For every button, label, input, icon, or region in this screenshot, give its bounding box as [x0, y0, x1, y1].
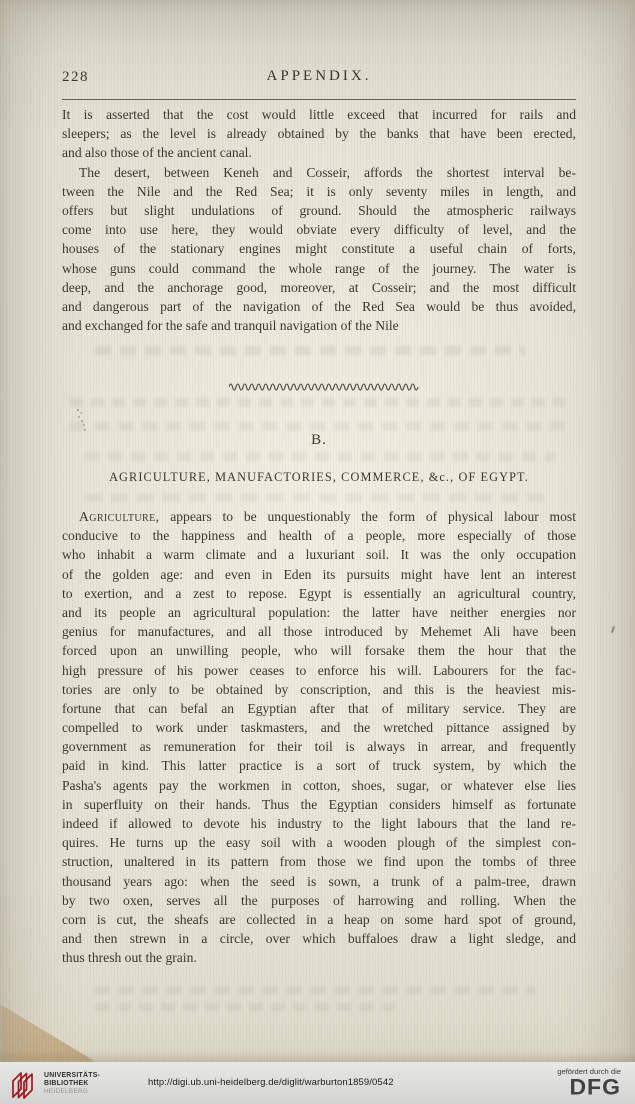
running-title: APPENDIX. — [62, 68, 576, 85]
section-label: B. — [62, 432, 576, 449]
text-line: come into use here, they would obviate e… — [62, 220, 576, 239]
text-line: struction, unaltered in its pattern from… — [62, 852, 576, 871]
lead-line-rest: appears to be unquestionably the form of… — [170, 509, 576, 524]
text-line: tween the Nile and the Red Sea; it is on… — [62, 182, 576, 201]
library-name-line2: BIBLIOTHEK — [44, 1080, 100, 1088]
text-line: whose guns could command the whole range… — [62, 259, 576, 278]
ub-heidelberg-logo — [10, 1068, 37, 1104]
text-line: government as remuneration for their toi… — [62, 737, 576, 756]
text-line: corn is cut, the sheafs are collected in… — [62, 910, 576, 929]
library-name-line1: UNIVERSITÄTS- — [44, 1072, 100, 1080]
text-line: sleepers; as the level is already obtain… — [62, 124, 576, 143]
text-line: and its people an agricultural populatio… — [62, 603, 576, 622]
library-brand: UNIVERSITÄTS- BIBLIOTHEK HEIDELBERG — [10, 1068, 100, 1104]
section-heading: AGRICULTURE, MANUFACTORIES, COMMERCE, &c… — [62, 470, 576, 485]
text-line: forced upon an unwilling people, who wil… — [62, 641, 576, 660]
text-line: conducive to the happiness and health of… — [62, 526, 576, 545]
paragraph-desert: The desert, between Keneh and Cosseir, a… — [62, 163, 576, 336]
bleed-through-smudge — [70, 398, 570, 407]
digitization-footer: UNIVERSITÄTS- BIBLIOTHEK HEIDELBERG http… — [0, 1062, 635, 1104]
paragraph-cost: It is asserted that the cost would littl… — [62, 105, 576, 163]
text-line: thousand years ago: when the seed is sow… — [62, 872, 576, 891]
paragraph-agriculture: conducive to the happiness and health of… — [62, 526, 576, 967]
page-bottom-edge — [0, 1051, 635, 1062]
text-line: The desert, between Keneh and Cosseir, a… — [62, 163, 576, 182]
text-line: high pressure of his power ceases to enf… — [62, 661, 576, 680]
dfg-logo: DFG — [557, 1077, 621, 1097]
bleed-through-smudge — [70, 422, 570, 431]
library-name-line3: HEIDELBERG — [44, 1088, 100, 1096]
bleed-through-smudge — [95, 1003, 395, 1011]
stray-ink-mark — [611, 626, 615, 633]
bleed-through-smudge — [85, 452, 555, 461]
ink-speckle-mark — [70, 408, 90, 445]
text-line: and exchanged for the safe and tranquil … — [62, 316, 576, 335]
text-line: genius for manufactures, and all those i… — [62, 622, 576, 641]
text-line: of the golden age: and even in Eden its … — [62, 565, 576, 584]
library-name: UNIVERSITÄTS- BIBLIOTHEK HEIDELBERG — [44, 1072, 100, 1104]
text-line: and then strewn in a circle, over which … — [62, 929, 576, 948]
text-line: indeed if allowed to devote his industry… — [62, 814, 576, 833]
text-line: in superfluity on their hands. Thus the … — [62, 795, 576, 814]
text-line: houses of the stationary engines might c… — [62, 239, 576, 258]
text-line: who inhabit a warm climate and a luxuria… — [62, 545, 576, 564]
text-line: to exertion, and a zest to repose. Egypt… — [62, 584, 576, 603]
text-line: by two oxen, serves all the purposes of … — [62, 891, 576, 910]
text-line: and also those of the ancient canal. — [62, 143, 576, 162]
text-line: Pasha's agents pay the workmen in cotton… — [62, 776, 576, 795]
section-text-block: Agriculture, appears to be unquestionabl… — [62, 507, 576, 968]
text-line: offers but slight undulations of ground.… — [62, 201, 576, 220]
page-header: 228 APPENDIX. — [62, 68, 576, 90]
bleed-through-smudge — [85, 493, 545, 502]
text-line: and dangerous part of the navigation of … — [62, 297, 576, 316]
text-line: compelled to work under taskmasters, and… — [62, 718, 576, 737]
header-rule — [62, 99, 576, 100]
bleed-through-smudge — [95, 986, 535, 994]
document-url[interactable]: http://digi.ub.uni-heidelberg.de/diglit/… — [148, 1077, 394, 1088]
text-line: It is asserted that the cost would littl… — [62, 105, 576, 124]
scanned-book-page: 228 APPENDIX. It is asserted that the co… — [0, 0, 635, 1104]
text-line: paid in kind. This latter practice is a … — [62, 756, 576, 775]
bleed-through-smudge — [95, 346, 525, 355]
text-line: tories are only to be obtained by conscr… — [62, 680, 576, 699]
text-line: deep, and the anchorage good, moreover, … — [62, 278, 576, 297]
lead-word: Agriculture, — [79, 509, 159, 524]
text-line: Agriculture, appears to be unquestionabl… — [62, 507, 576, 526]
wavy-divider — [229, 379, 419, 397]
text-line: fortune that can befal an Egyptian after… — [62, 699, 576, 718]
main-text-block: It is asserted that the cost would littl… — [62, 105, 576, 335]
funder-block: gefördert durch die DFG — [557, 1067, 621, 1098]
text-line: thus thresh out the grain. — [62, 948, 576, 967]
wavy-divider-path — [229, 384, 418, 390]
text-line: quires. He turns up the easy soil with a… — [62, 833, 576, 852]
